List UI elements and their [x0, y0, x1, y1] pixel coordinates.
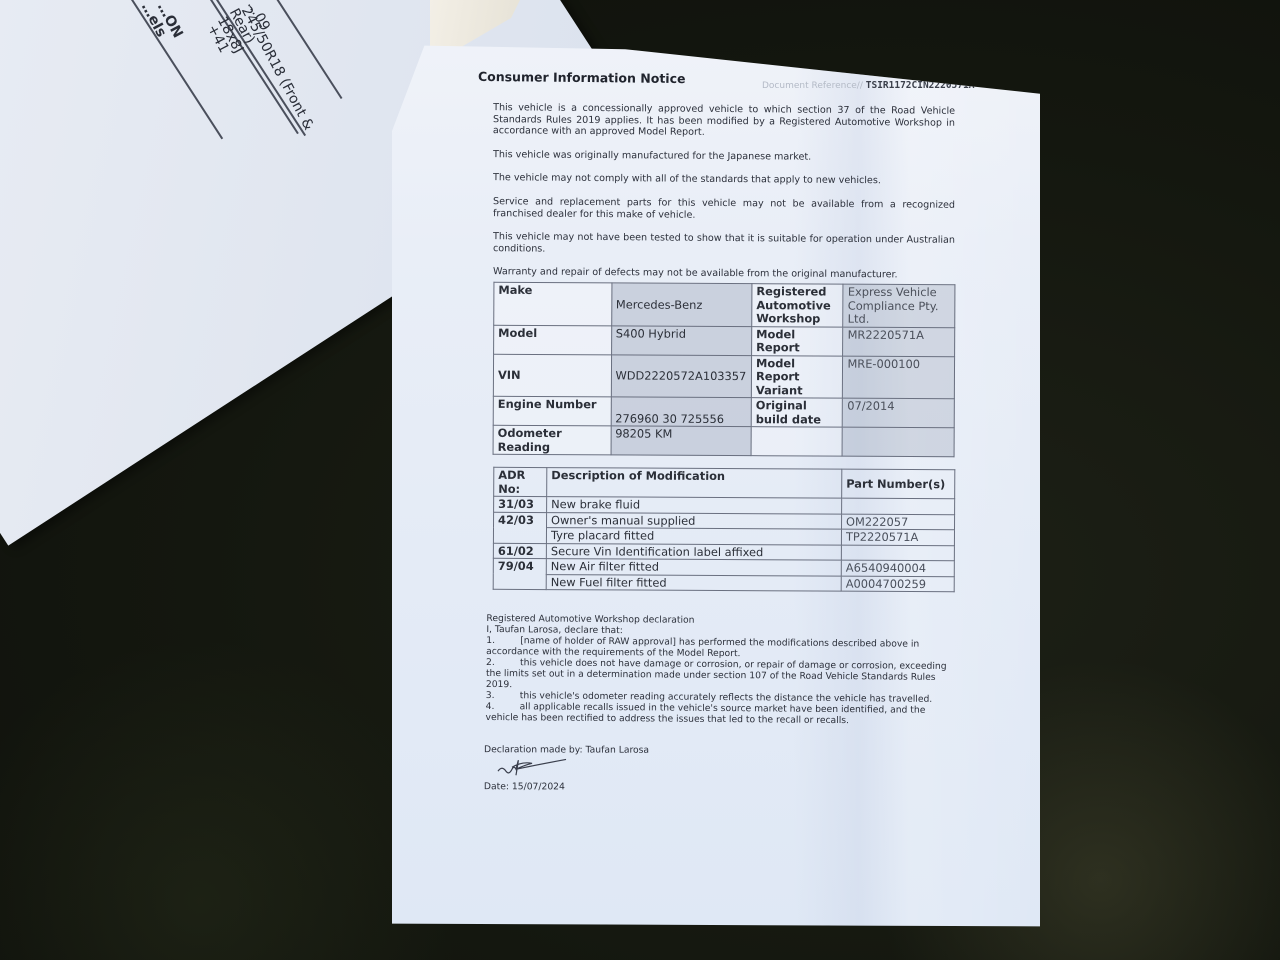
- raw-value: Express Vehicle Compliance Pty. Ltd.: [843, 284, 955, 327]
- notice-paragraph: This vehicle was originally manufactured…: [493, 149, 955, 164]
- consumer-information-notice-page: Consumer Information Notice Document Ref…: [392, 22, 1040, 930]
- table-row: Odometer Reading 98205 KM: [493, 425, 954, 456]
- part-number: TP2220571A: [841, 529, 954, 545]
- table-row: Engine Number 276960 30 725556 Original …: [493, 396, 954, 427]
- build-date-value: 07/2014: [843, 398, 955, 428]
- model-report-label: Model Report: [752, 326, 844, 355]
- table-row: 42/03 Owner's manual supplied OM222057: [494, 512, 955, 530]
- signature-icon: [484, 755, 958, 783]
- declaration-item: 4.all applicable recalls issued in the v…: [486, 701, 956, 727]
- model-label: Model: [494, 325, 612, 355]
- part-number: A0004700259: [841, 576, 954, 592]
- model-report-value: MR2220571A: [843, 327, 955, 357]
- table-row: 61/02 Secure Vin Identification label af…: [493, 543, 954, 561]
- table-row: 79/04 New Air filter fitted A6540940004: [493, 558, 954, 576]
- modification-description: New brake fluid: [547, 497, 842, 514]
- adr-number: 31/03: [494, 496, 547, 512]
- declaration-date: Date: 15/07/2024: [484, 781, 958, 794]
- empty-cell: [842, 427, 954, 457]
- modification-description: Secure Vin Identification label affixed: [546, 543, 841, 560]
- modification-description: Tyre placard fitted: [546, 528, 841, 545]
- notice-paragraph: Warranty and repair of defects may not b…: [493, 266, 955, 281]
- notice-paragraph: This vehicle is a concessionally approve…: [493, 102, 955, 140]
- vin-value: WDD2220572A103357: [611, 354, 752, 397]
- table-row: Model S400 Hybrid Model Report MR2220571…: [494, 325, 955, 356]
- engine-label: Engine Number: [493, 396, 611, 426]
- empty-cell: [751, 427, 843, 456]
- odometer-label: Odometer Reading: [493, 425, 611, 455]
- part-number: [842, 498, 955, 514]
- vin-label: VIN: [493, 354, 611, 397]
- signature-block: Declaration made by: Taufan Larosa Date:…: [484, 744, 958, 794]
- workshop-declaration: Registered Automotive Workshop declarati…: [486, 613, 957, 727]
- notice-paragraph: The vehicle may not comply with all of t…: [493, 172, 955, 187]
- notice-paragraph: Service and replacement parts for this v…: [493, 196, 955, 223]
- make-label: Make: [494, 282, 612, 325]
- description-header: Description of Modification: [547, 468, 842, 499]
- engine-value: 276960 30 725556: [611, 397, 752, 427]
- adr-number: 42/03: [493, 512, 546, 543]
- raw-label: Registered Automotive Workshop: [752, 284, 844, 327]
- model-value: S400 Hybrid: [611, 325, 752, 355]
- modification-description: Owner's manual supplied: [547, 512, 842, 529]
- table-row: VIN WDD2220572A103357 Model Report Varia…: [493, 354, 954, 399]
- modification-description: New Air filter fitted: [546, 559, 841, 576]
- part-number: A6540940004: [841, 560, 954, 576]
- table-header-row: ADR No: Description of Modification Part…: [494, 467, 955, 498]
- part-number: [841, 545, 954, 561]
- table-row: Make Mercedes-Benz Registered Automotive…: [494, 282, 955, 327]
- table-row: Tyre placard fitted TP2220571A: [493, 527, 954, 545]
- parts-header: Part Number(s): [842, 469, 955, 499]
- modifications-table: ADR No: Description of Modification Part…: [493, 467, 956, 592]
- document-title: Consumer Information Notice: [478, 69, 686, 86]
- adr-header: ADR No:: [494, 467, 547, 496]
- table-row: 31/03 New brake fluid: [494, 496, 955, 514]
- notice-paragraph: This vehicle may not have been tested to…: [493, 231, 955, 258]
- declaration-item: 2.this vehicle does not have damage or c…: [486, 657, 956, 694]
- vehicle-details-table: Make Mercedes-Benz Registered Automotive…: [493, 282, 956, 457]
- variant-value: MRE-000100: [843, 356, 955, 399]
- document-reference-label: Document Reference//: [762, 81, 863, 91]
- variant-label: Model Report Variant: [751, 355, 843, 398]
- table-row: New Fuel filter fitted A0004700259: [493, 574, 954, 592]
- modification-description: New Fuel filter fitted: [546, 574, 841, 591]
- adr-number: 79/04: [493, 558, 546, 589]
- adr-number: 61/02: [493, 543, 546, 559]
- odometer-value: 98205 KM: [611, 426, 752, 456]
- make-value: Mercedes-Benz: [611, 283, 752, 326]
- build-date-label: Original build date: [751, 398, 843, 427]
- part-number: OM222057: [842, 514, 955, 530]
